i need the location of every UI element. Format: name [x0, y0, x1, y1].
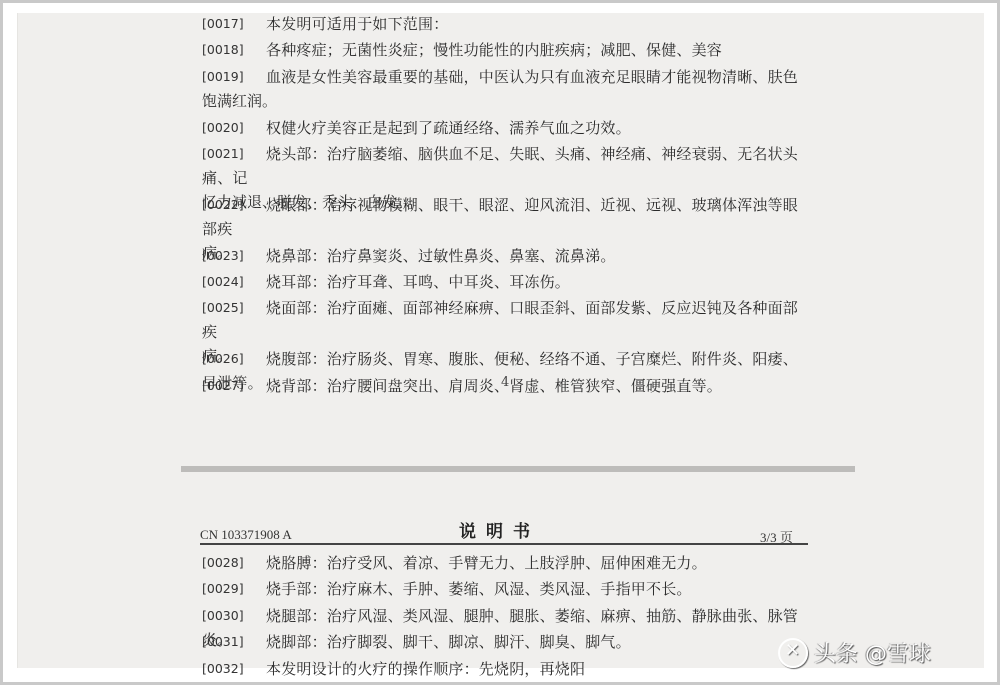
paragraph-number: [0020]	[202, 116, 244, 140]
watermark: 头条 @雪球	[778, 637, 931, 668]
paragraph-number: [0027]	[202, 374, 244, 398]
paragraph-number: [0021]	[202, 142, 244, 166]
paragraph-number: [0032]	[202, 657, 244, 681]
watermark-text: 头条 @雪球	[814, 637, 931, 668]
xueqiu-logo-icon	[778, 638, 808, 668]
paragraph-number: [0030]	[202, 604, 244, 628]
header-rule	[200, 543, 808, 545]
paragraph: [0020]权健火疗美容正是起到了疏通经络、濡养气血之功效。	[202, 116, 812, 140]
paragraph: [0029]烧手部：治疗麻木、手肿、萎缩、风湿、类风湿、手指甲不长。	[202, 577, 812, 601]
paragraph-text: 本发明设计的火疗的操作顺序：先烧阴，再烧阳	[202, 657, 812, 681]
paragraph: [0024]烧耳部：治疗耳聋、耳鸣、中耳炎、耳冻伤。	[202, 270, 812, 294]
paragraph-number: [0023]	[202, 244, 244, 268]
paragraph-number: [0022]	[202, 193, 244, 217]
paragraph-text: 饱满红润。	[202, 89, 812, 113]
paragraph: [0031]烧脚部：治疗脚裂、脚干、脚凉、脚汗、脚臭、脚气。	[202, 630, 812, 654]
paragraph-text: 血液是女性美容最重要的基础，中医认为只有血液充足眼睛才能视物清晰、肤色	[202, 65, 812, 89]
paragraph-number: [0031]	[202, 630, 244, 654]
paragraph-text: 烧眼部：治疗视物模糊、眼干、眼涩、迎风流泪、近视、远视、玻璃体浑浊等眼部疾	[202, 193, 812, 241]
paragraph: [0028]烧胳膊：治疗受风、着凉、手臂无力、上肢浮肿、屈伸困难无力。	[202, 551, 812, 575]
paragraph-text: 烧头部：治疗脑萎缩、脑供血不足、失眠、头痛、神经痛、神经衰弱、无名状头痛、记	[202, 142, 812, 190]
paragraph: [0017]本发明可适用于如下范围：	[202, 12, 812, 36]
paragraph-text: 烧脚部：治疗脚裂、脚干、脚凉、脚汗、脚臭、脚气。	[202, 630, 812, 654]
paragraph: [0023]烧鼻部：治疗鼻窦炎、过敏性鼻炎、鼻塞、流鼻涕。	[202, 244, 812, 268]
paragraph-number: [0025]	[202, 296, 244, 320]
paragraph-text: 烧鼻部：治疗鼻窦炎、过敏性鼻炎、鼻塞、流鼻涕。	[202, 244, 812, 268]
page-separator	[181, 466, 855, 472]
paragraph-text: 烧耳部：治疗耳聋、耳鸣、中耳炎、耳冻伤。	[202, 270, 812, 294]
paragraph-number: [0024]	[202, 270, 244, 294]
paragraph: [0018]各种疼症；无菌性炎症；慢性功能性的内脏疾病；减肥、保健、美容	[202, 38, 812, 62]
patent-number: CN 103371908 A	[200, 527, 292, 543]
paragraph-number: [0026]	[202, 347, 244, 371]
paragraph-text: 本发明可适用于如下范围：	[202, 12, 812, 36]
paragraph: [0019]血液是女性美容最重要的基础，中医认为只有血液充足眼睛才能视物清晰、肤…	[202, 65, 812, 113]
document-title: 说明书	[459, 517, 540, 542]
paragraph-number: [0029]	[202, 577, 244, 601]
paragraph-text: 烧面部：治疗面瘫、面部神经麻痹、口眼歪斜、面部发紫、反应迟钝及各种面部疾	[202, 296, 812, 344]
paragraph-text: 各种疼症；无菌性炎症；慢性功能性的内脏疾病；减肥、保健、美容	[202, 38, 812, 62]
paragraph: [0032]本发明设计的火疗的操作顺序：先烧阴，再烧阳	[202, 657, 812, 681]
paragraph-number: [0019]	[202, 65, 244, 89]
paragraph-number: [0018]	[202, 38, 244, 62]
paragraph-number: [0028]	[202, 551, 244, 575]
paragraph-text: 权健火疗美容正是起到了疏通经络、濡养气血之功效。	[202, 116, 812, 140]
paragraph-text: 烧胳膊：治疗受风、着凉、手臂无力、上肢浮肿、屈伸困难无力。	[202, 551, 812, 575]
paragraph-number: [0017]	[202, 12, 244, 36]
page-number: 4	[501, 375, 509, 390]
paragraph-text: 烧手部：治疗麻木、手肿、萎缩、风湿、类风湿、手指甲不长。	[202, 577, 812, 601]
